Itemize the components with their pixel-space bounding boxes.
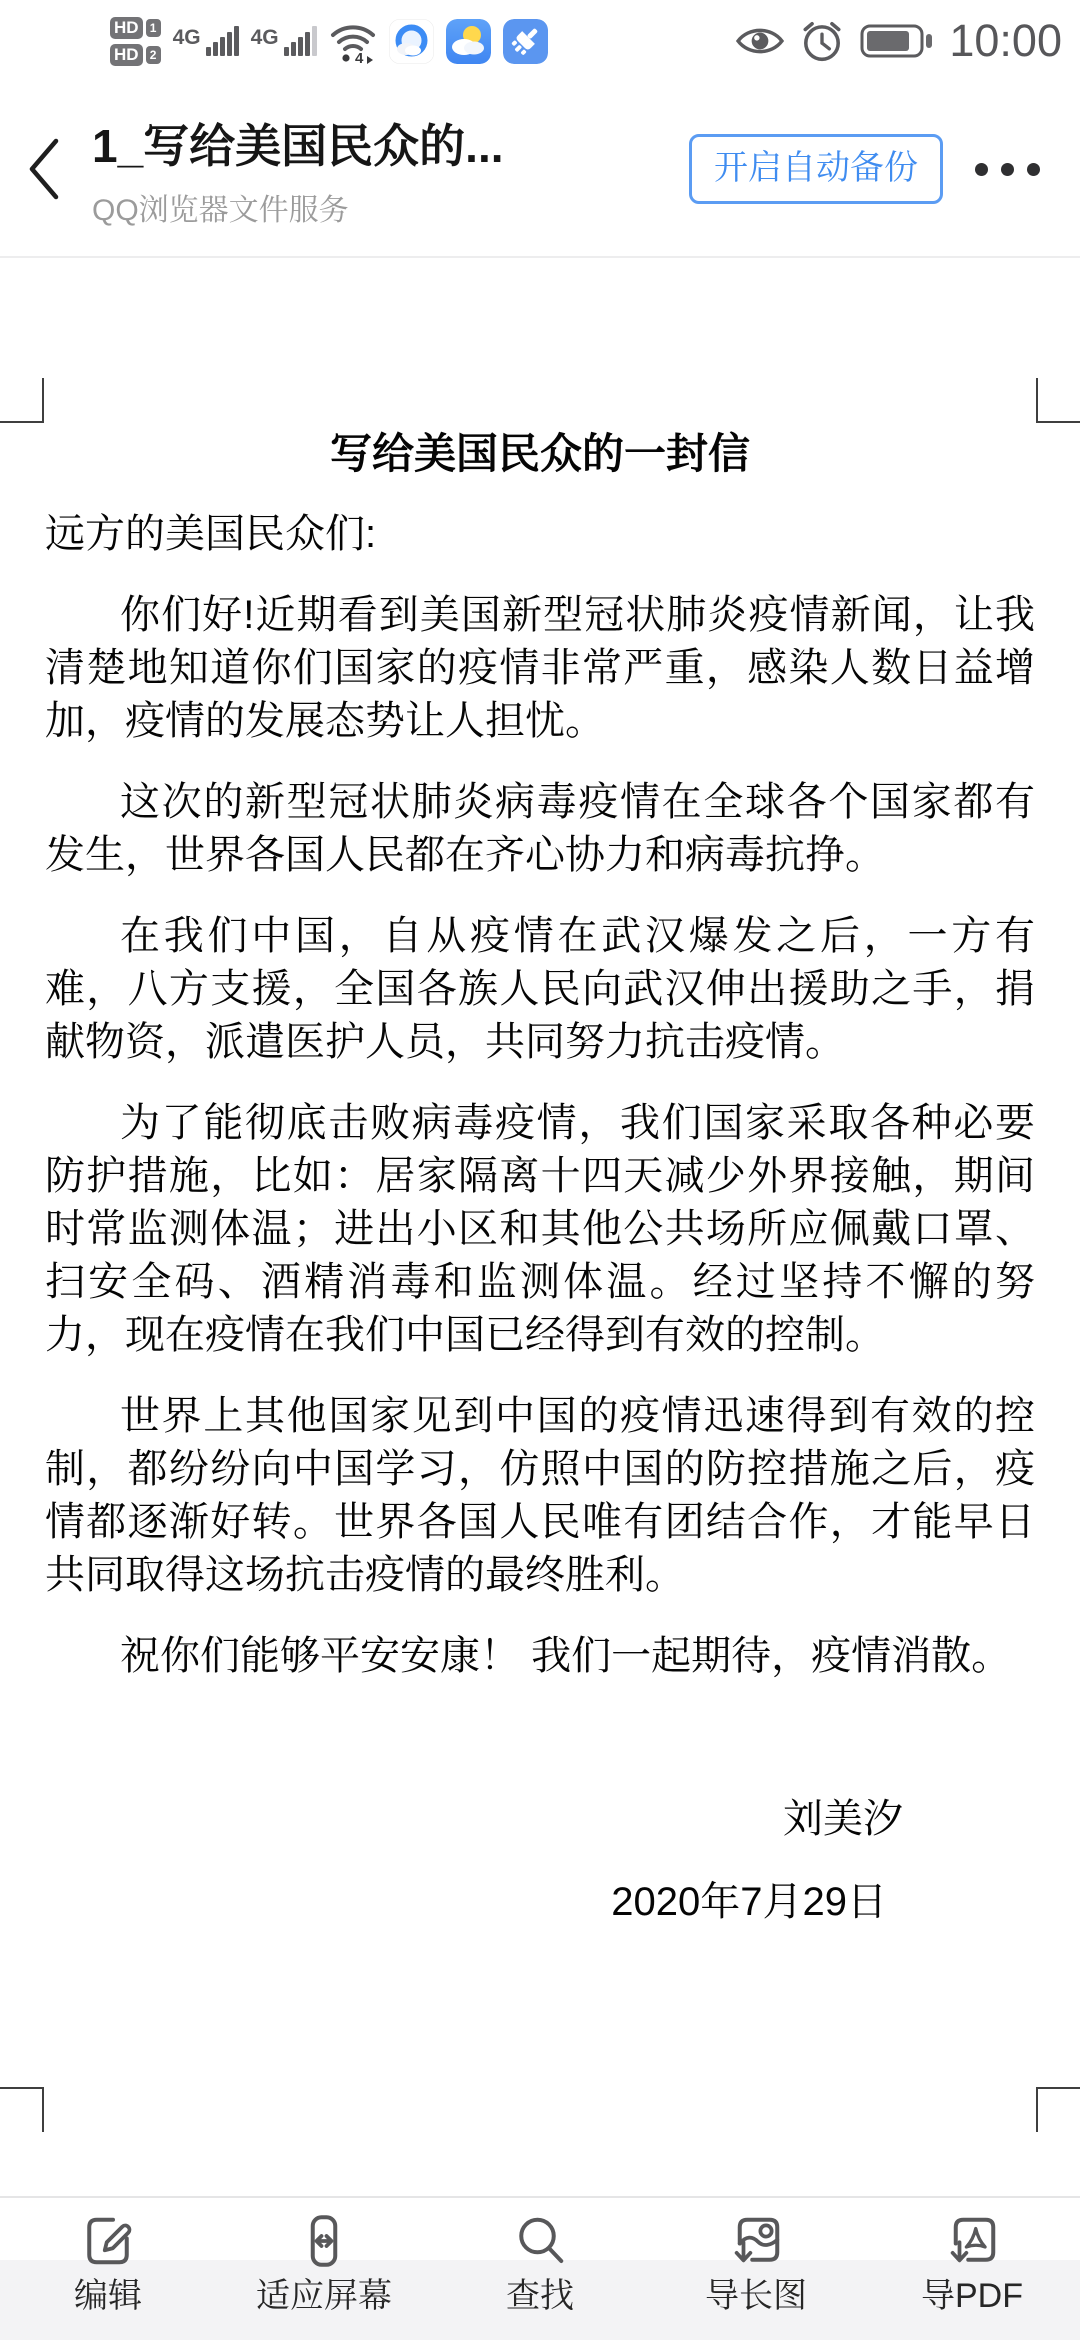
cleaner-notification-icon <box>503 19 548 64</box>
status-right-cluster: 10:00 <box>736 15 1062 67</box>
document-paragraph: 祝你们能够平安安康！ 我们一起期待，疫情消散。 <box>45 1630 1035 1683</box>
page-subtitle: QQ浏览器文件服务 <box>92 185 504 229</box>
eye-comfort-icon <box>736 25 784 57</box>
tool-label: 导PDF <box>921 2277 1023 2315</box>
document-signature: 刘美汐 <box>45 1793 1035 1846</box>
export-long-image-button[interactable]: 导长图 <box>648 2198 864 2340</box>
chevron-left-icon <box>26 137 62 201</box>
tool-label: 适应屏幕 <box>256 2277 392 2315</box>
edit-button[interactable]: 编辑 <box>0 2198 216 2340</box>
tool-label: 导长图 <box>705 2277 807 2315</box>
wifi-standard-label: 4 <box>355 50 364 64</box>
qq-browser-notification-icon <box>389 19 434 64</box>
hd-label: HD <box>110 44 143 66</box>
more-menu-button[interactable] <box>975 163 1040 176</box>
fit-screen-button[interactable]: 适应屏幕 <box>216 2198 432 2340</box>
enable-auto-backup-button[interactable]: 开启自动备份 <box>689 134 943 203</box>
page-corner-mark-bottom-left <box>0 2087 44 2132</box>
edit-icon <box>78 2211 138 2271</box>
document-page: 写给美国民众的一封信 远方的美国民众们: 你们好!近期看到美国新型冠状肺炎疫情新… <box>0 430 1080 1929</box>
header-title-block: 1_写给美国民众的... QQ浏览器文件服务 <box>92 110 504 229</box>
alarm-icon <box>799 18 845 64</box>
status-bar: HD 1 HD 2 4G 4G <box>0 0 1080 82</box>
battery-icon <box>860 21 934 61</box>
wifi-icon: 4 <box>329 18 377 64</box>
tool-label: 编辑 <box>74 2277 142 2315</box>
page-corner-mark-bottom-right <box>1036 2087 1080 2132</box>
volte-hd-sim1-icon: HD 1 <box>110 17 161 39</box>
document-paragraph: 你们好!近期看到美国新型冠状肺炎疫情新闻，让我清楚地知道你们国家的疫情非常严重，… <box>45 589 1035 748</box>
document-paragraph: 为了能彻底击败病毒疫情，我们国家采取各种必要防护措施，比如：居家隔离十四天减少外… <box>45 1097 1035 1362</box>
network-type-label: 4G <box>173 26 201 50</box>
document-scroll-area[interactable]: 写给美国民众的一封信 远方的美国民众们: 你们好!近期看到美国新型冠状肺炎疫情新… <box>0 258 1080 2196</box>
page-title: 1_写给美国民众的... <box>92 110 504 176</box>
find-button[interactable]: 查找 <box>432 2198 648 2340</box>
network-type-label: 4G <box>251 26 279 50</box>
signal-strength-sim2-icon: 4G <box>251 26 317 56</box>
export-long-image-icon <box>726 2211 786 2271</box>
page-corner-mark-top-left <box>0 378 44 423</box>
app-header: 1_写给美国民众的... QQ浏览器文件服务 开启自动备份 <box>0 82 1080 258</box>
fit-screen-icon <box>294 2211 354 2271</box>
document-salutation: 远方的美国民众们: <box>45 508 1035 561</box>
signal-strength-sim1-icon: 4G <box>173 26 239 56</box>
bottom-toolbar: 编辑 适应屏幕 查找 导长图 <box>0 2196 1080 2340</box>
volte-hd-sim2-icon: HD 2 <box>110 44 161 66</box>
hd-label: HD <box>110 17 143 39</box>
clock-time: 10:00 <box>949 15 1062 67</box>
screen: HD 1 HD 2 4G 4G <box>0 0 1080 2340</box>
sim1-number: 1 <box>146 19 161 37</box>
volte-hd-icons: HD 1 HD 2 <box>110 17 161 66</box>
page-corner-mark-top-right <box>1036 378 1080 423</box>
weather-notification-icon <box>446 19 491 64</box>
export-pdf-button[interactable]: 导PDF <box>864 2198 1080 2340</box>
document-paragraph: 在我们中国，自从疫情在武汉爆发之后，一方有难，八方支援，全国各族人民向武汉伸出援… <box>45 910 1035 1069</box>
search-icon <box>510 2211 570 2271</box>
back-button[interactable] <box>26 137 66 201</box>
export-pdf-icon <box>942 2211 1002 2271</box>
sim2-number: 2 <box>146 46 161 64</box>
document-title: 写给美国民众的一封信 <box>45 430 1035 478</box>
tool-label: 查找 <box>506 2277 574 2315</box>
document-date: 2020年7月29日 <box>45 1876 1035 1929</box>
document-paragraph: 这次的新型冠状肺炎病毒疫情在全球各个国家都有发生，世界各国人民都在齐心协力和病毒… <box>45 776 1035 882</box>
document-paragraph: 世界上其他国家见到中国的疫情迅速得到有效的控制，都纷纷向中国学习，仿照中国的防控… <box>45 1390 1035 1602</box>
status-left-cluster: HD 1 HD 2 4G 4G <box>110 17 548 66</box>
